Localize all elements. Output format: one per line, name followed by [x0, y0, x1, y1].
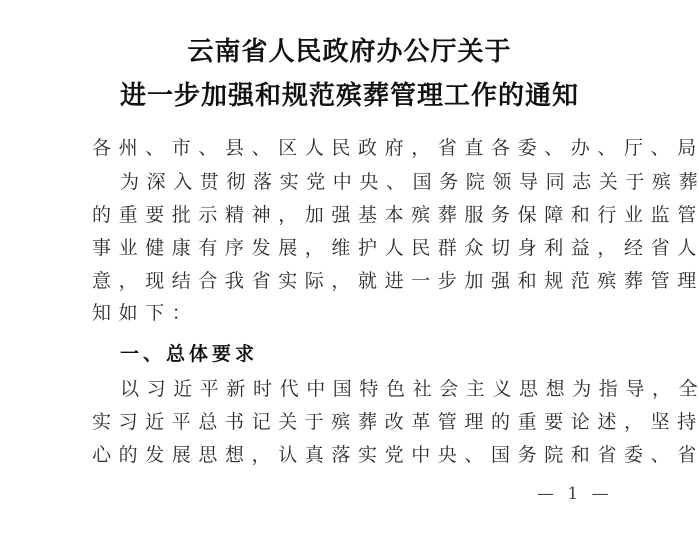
paragraph-2-line: 实习近平总书记关于殡葬改革管理的重要论述，坚持以人民为中	[92, 409, 617, 435]
addressee-line: 各州、市、县、区人民政府，省直各委、办、厅、局：	[92, 135, 617, 161]
paragraph-2-line: 以习近平新时代中国特色社会主义思想为指导，全面贯彻落	[120, 376, 645, 402]
paragraph-1-line: 事业健康有序发展，维护人民群众切身利益，经省人民政府同	[92, 235, 617, 261]
paragraph-1-line: 为深入贯彻落实党中央、国务院领导同志关于殡葬管理工作	[120, 169, 645, 195]
page-number: — 1 —	[537, 484, 613, 504]
section-heading: 一、总体要求	[120, 341, 258, 367]
paragraph-2-line: 心的发展思想，认真落实党中央、国务院和省委、省政府决策部	[92, 442, 617, 468]
document-title-line-1: 云南省人民政府办公厅关于	[0, 37, 699, 67]
paragraph-1-line: 的重要批示精神，加强基本殡葬服务保障和行业监管，推动殡葬	[92, 202, 617, 228]
paragraph-1-line: 知如下：	[92, 300, 617, 326]
document-title-line-2: 进一步加强和规范殡葬管理工作的通知	[0, 81, 699, 111]
paragraph-1-line: 意，现结合我省实际，就进一步加强和规范殡葬管理有关事项通	[92, 268, 617, 294]
